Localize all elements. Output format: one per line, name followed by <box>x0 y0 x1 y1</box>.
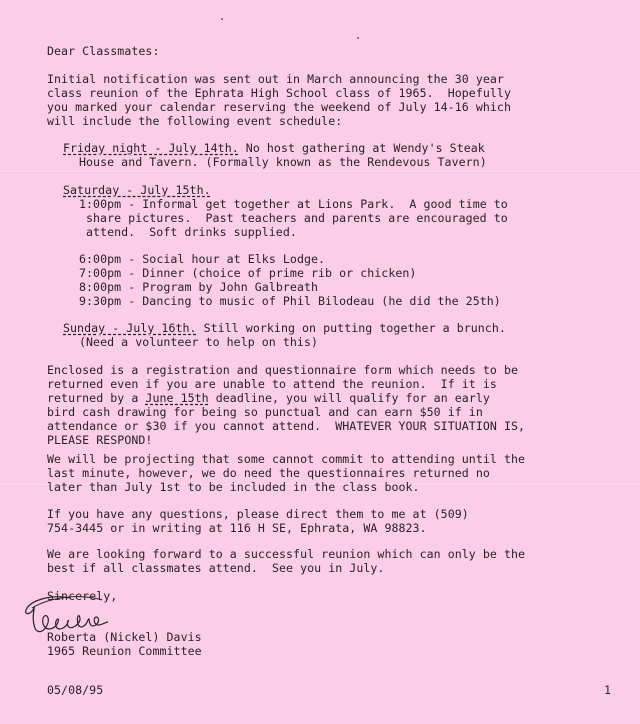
sunday-entry: Sunday - July 16th. Still working on put… <box>63 321 506 335</box>
saturday-event: 1:00pm - Informal get together at Lions … <box>79 197 508 211</box>
speck <box>357 37 359 39</box>
saturday-event-cont: share pictures. Past teachers and parent… <box>86 211 508 225</box>
questions-line: 754-3445 or in writing at 116 H SE, Ephr… <box>47 521 427 535</box>
questions-line: If you have any questions, please direct… <box>47 507 469 521</box>
friday-text-cont: House and Tavern. (Formally known as the… <box>79 155 487 169</box>
sunday-text: Still working on putting together a brun… <box>197 321 506 335</box>
enclosed-line: Enclosed is a registration and questionn… <box>47 363 518 377</box>
enclosed-line: returned by a June 15th deadline, you wi… <box>47 391 490 405</box>
projecting-line: later than July 1st to be included in th… <box>47 480 420 494</box>
projecting-line: We will be projecting that some cannot c… <box>47 452 525 466</box>
saturday-heading: Saturday - July 15th. <box>63 183 211 197</box>
sunday-text-cont: (Need a volunteer to help on this) <box>79 335 318 349</box>
enclosed-line: returned even if you are unable to atten… <box>47 377 497 391</box>
letter-date: 05/08/95 <box>47 683 103 697</box>
signer-name: Roberta (Nickel) Davis <box>47 630 202 644</box>
friday-heading: Friday night - July 14th. <box>63 141 239 155</box>
sunday-heading: Sunday - July 16th. <box>63 321 197 335</box>
friday-text: No host gathering at Wendy's Steak <box>239 141 485 155</box>
saturday-event: 7:00pm - Dinner (choice of prime rib or … <box>79 266 416 280</box>
intro-line: will include the following event schedul… <box>47 114 342 128</box>
friday-entry: Friday night - July 14th. No host gather… <box>63 141 485 155</box>
saturday-event: 9:30pm - Dancing to music of Phil Bilode… <box>79 294 501 308</box>
enclosed-line: attendance or $30 if you cannot attend. … <box>47 419 525 433</box>
projecting-line: last minute, however, we do need the que… <box>47 466 490 480</box>
speck <box>221 18 223 20</box>
intro-line: Initial notification was sent out in Mar… <box>47 72 504 86</box>
saturday-event: 8:00pm - Program by John Galbreath <box>79 280 318 294</box>
letter-page: Dear Classmates: Initial notification wa… <box>0 0 640 724</box>
salutation: Dear Classmates: <box>47 44 159 58</box>
enclosed-line: bird cash drawing for being so punctual … <box>47 405 483 419</box>
intro-line: you marked your calendar reserving the w… <box>47 100 511 114</box>
closing-line: best if all classmates attend. See you i… <box>47 561 384 575</box>
intro-line: class reunion of the Ephrata High School… <box>47 86 511 100</box>
saturday-event: 6:00pm - Social hour at Elks Lodge. <box>79 252 325 266</box>
signer-title: 1965 Reunion Committee <box>47 644 202 658</box>
page-number: 1 <box>604 683 611 697</box>
enclosed-line: PLEASE RESPOND! <box>47 433 152 447</box>
closing-line: We are looking forward to a successful r… <box>47 547 525 561</box>
deadline-date: June 15th <box>145 391 208 405</box>
saturday-event-cont: attend. Soft drinks supplied. <box>86 225 297 239</box>
paper-fold <box>0 171 640 173</box>
